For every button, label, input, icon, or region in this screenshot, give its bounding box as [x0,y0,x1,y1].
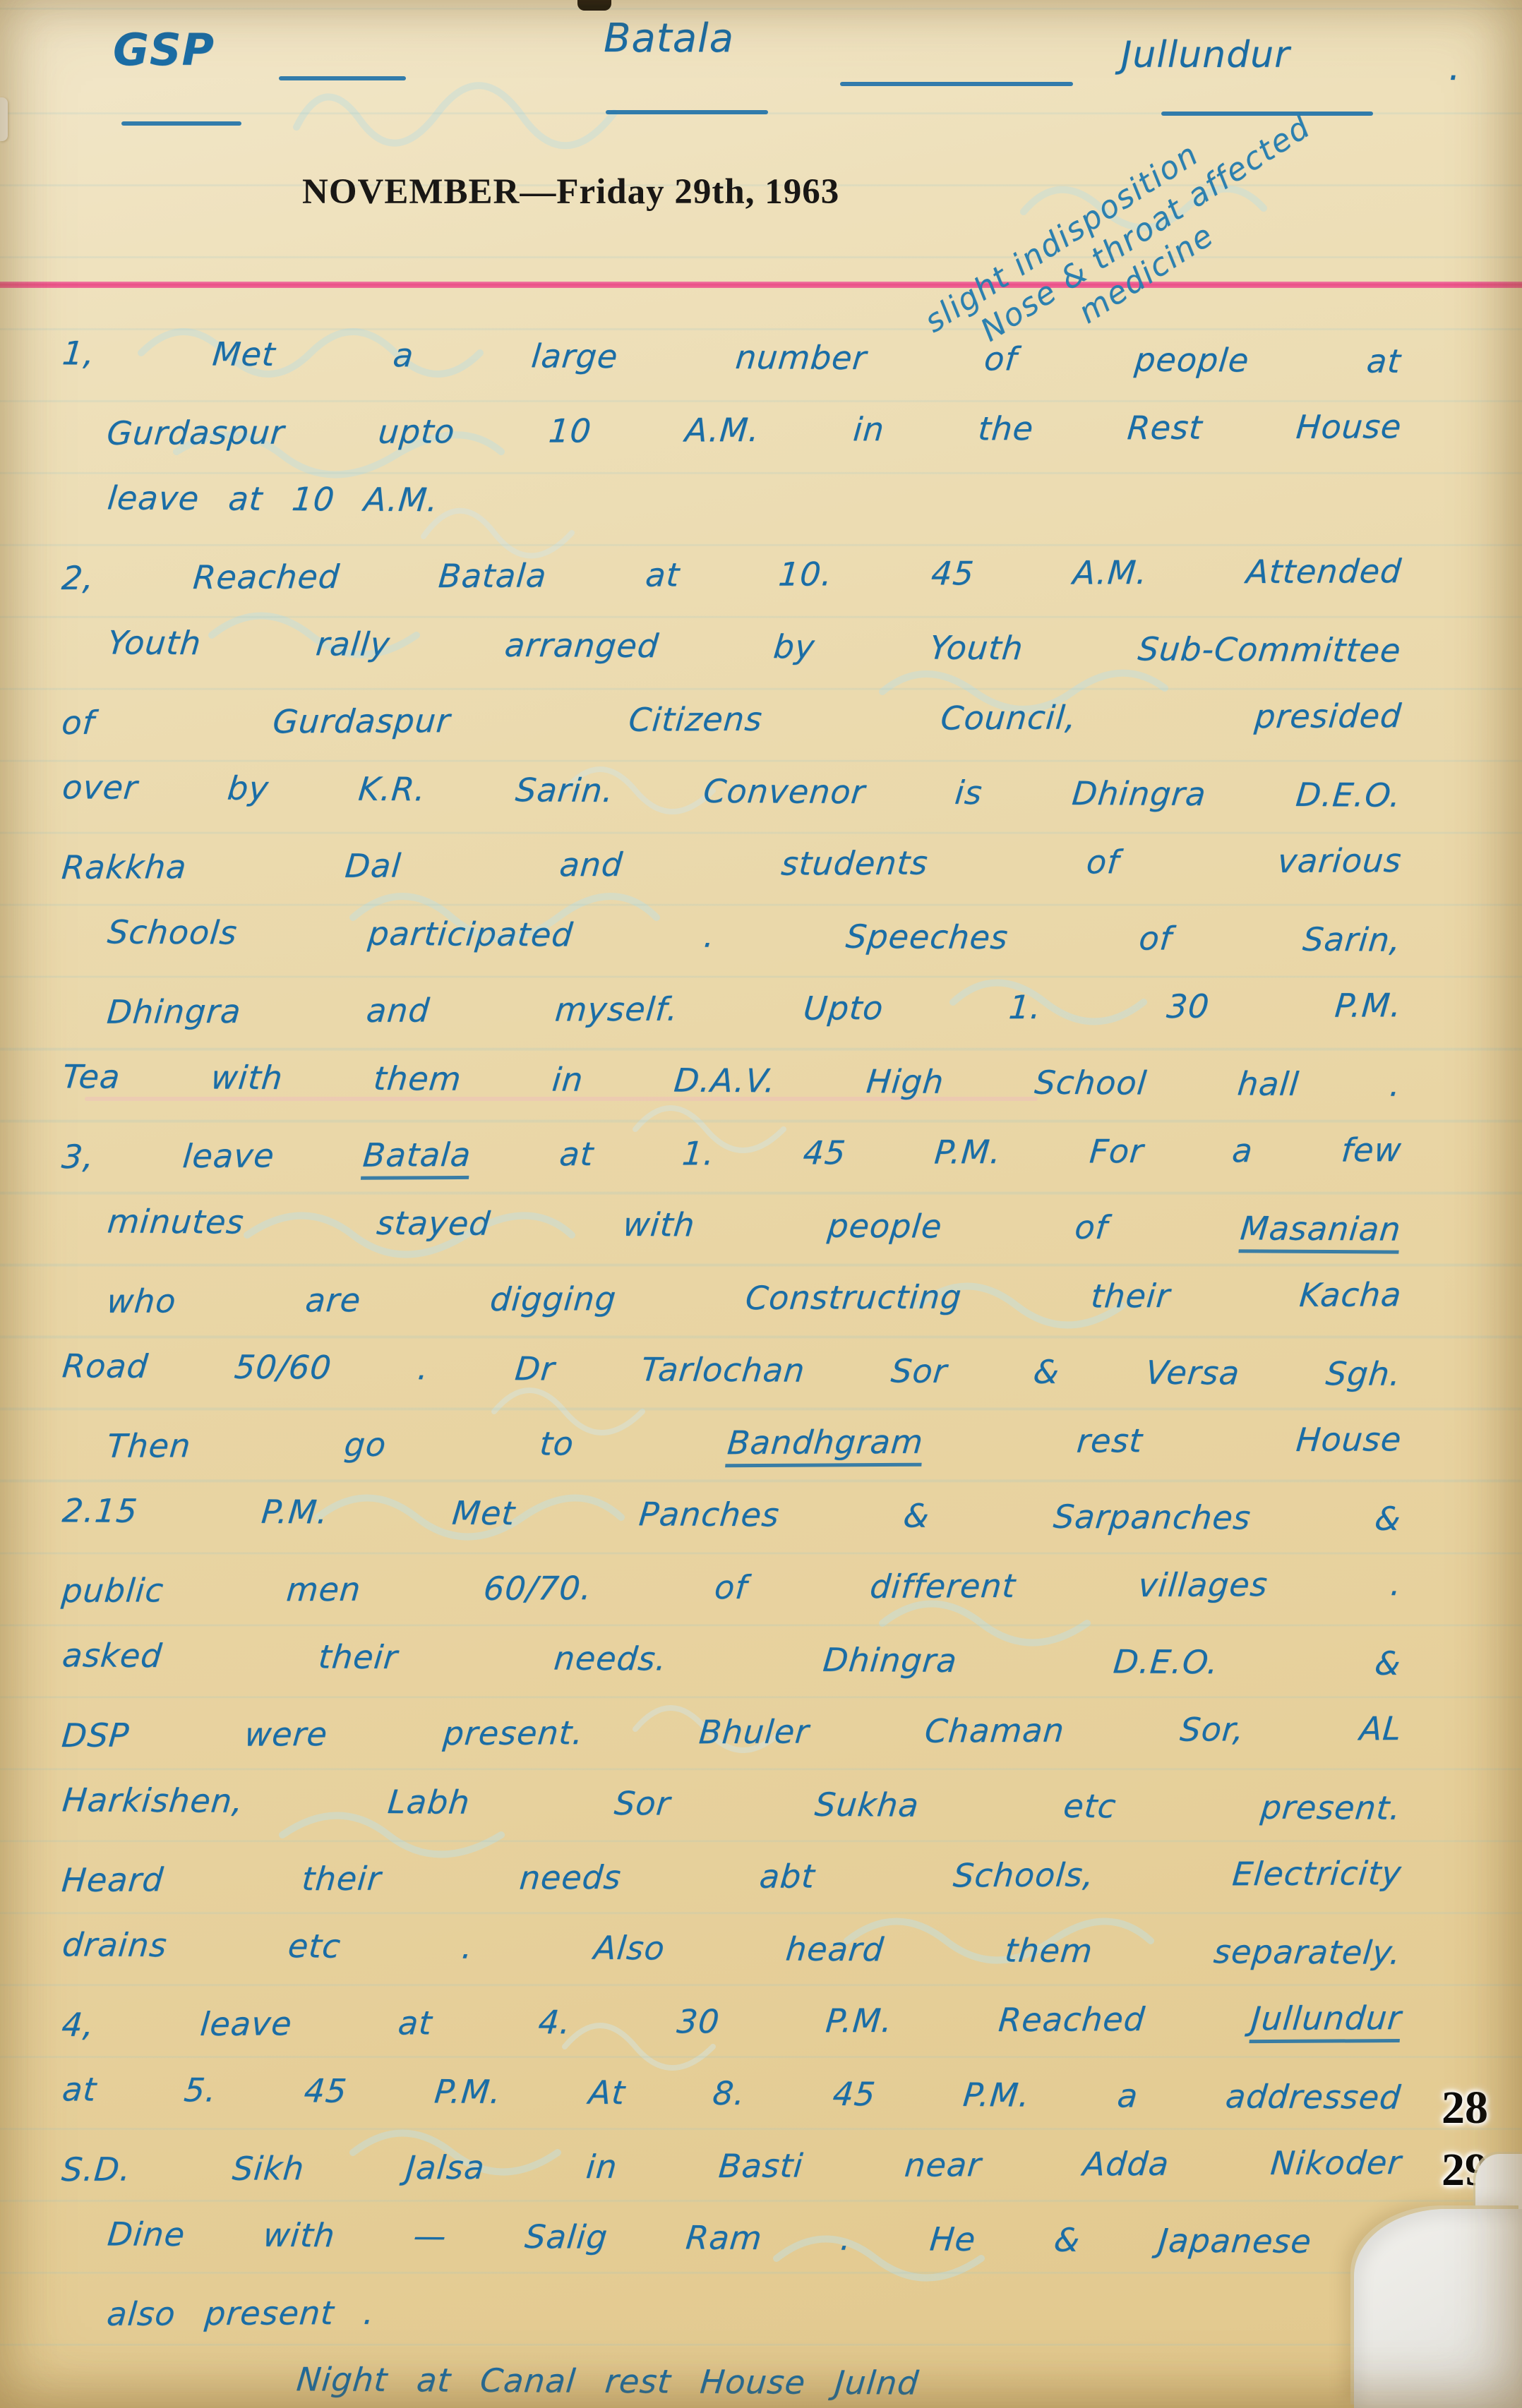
diary-text: 2, Reached Batala at 10. 45 A.M. Attende… [60,552,1403,597]
paper-speck [577,0,611,11]
diary-text: leave at 10 A.M. [106,478,440,519]
diary-line: at 5. 45 P.M. At 8. 45 P.M. a addressed [61,2069,1403,2117]
page-tab-28: 28 [1442,2083,1488,2133]
diary-text: 2.15 P.M. Met Panches & Sarpanches & [61,1491,1403,1538]
diary-line: minutes stayed with people of Masanian [106,1201,1403,1248]
diary-text: Rakkha Dal and students of various [60,841,1403,886]
diary-line: over by K.R. Sarin. Convenor is Dhingra … [61,767,1403,815]
diary-line: Heard their needs abt Schools, Electrici… [60,1853,1403,1900]
diary-line: Dine with — Salig Ram . He & Japanese . [106,2214,1403,2261]
diary-text: Tea with them in D.A.V. High School hall… [61,1057,1403,1104]
diary-line: public men 60/70. of different villages … [60,1564,1403,1611]
diary-line: asked their needs. Dhingra D.E.O. & [61,1635,1403,1683]
diary-text: Dine with — Salig Ram . He & Japanese . [106,2215,1403,2260]
diary-line: who are digging Constructing their Kacha [105,1275,1403,1321]
diary-line: 2.15 P.M. Met Panches & Sarpanches & [61,1491,1403,1539]
diary-line: Youth rally arranged by Youth Sub-Commit… [106,622,1403,670]
diary-text: S.D. Sikh Jalsa in Basti near Adda Nikod… [60,2143,1403,2189]
diary-text: 3, leave [60,1136,364,1175]
diary-page: GSP Batala Jullundur . NOVEMBER—Friday 2… [0,0,1522,2408]
header-origin-underline [121,121,241,126]
diary-text: Harkishen, Labh Sor Sukha etc present. [61,1781,1403,1827]
diary-line: Dhingra and myself. Upto 1. 30 P.M. [105,985,1403,1032]
diary-text: of Gurdaspur Citizens Council, presided [60,697,1403,742]
diary-text: Road 50/60 . Dr Tarlochan Sor & Versa Sg… [61,1347,1403,1393]
diary-text: drains etc . Also heard them separately. [61,1925,1403,1972]
torn-paper-patch [1354,2209,1522,2408]
diary-line: S.D. Sikh Jalsa in Basti near Adda Nikod… [60,2143,1403,2189]
diary-text: over by K.R. Sarin. Convenor is Dhingra … [61,768,1403,814]
diary-line: drains etc . Also heard them separately. [61,1925,1403,1973]
diary-text: rest House [922,1420,1403,1461]
diagonal-note-line: Nose & throat affected [974,49,1409,350]
underlined-word: Batala [361,1135,472,1179]
paper-edge-sliver [0,97,8,141]
diary-text: 4, leave at 4. 30 P.M. Reached [60,1999,1252,2044]
diary-text: Heard their needs abt Schools, Electrici… [60,1854,1403,1899]
header-route-destination: Jullundur [1121,34,1290,76]
diary-text: Gurdaspur upto 10 A.M. in the Rest House [105,407,1403,452]
diary-text: 1, Met a large number of people at [61,334,1403,380]
diary-line: Road 50/60 . Dr Tarlochan Sor & Versa Sg… [61,1346,1403,1394]
diary-text: Night at Canal rest House Julnd [295,2360,921,2402]
header-mid-underline [606,110,768,114]
header-route-origin: GSP [113,24,215,76]
header-dash-1 [279,76,406,80]
header-route-mid: Batala [604,16,734,61]
diary-line: Rakkha Dal and students of various [60,841,1403,887]
diary-line: also present . [105,2287,1403,2334]
diary-text: minutes stayed with people of [106,1202,1242,1247]
printed-date-heading: NOVEMBER—Friday 29th, 1963 [302,171,839,212]
diary-line: Gurdaspur upto 10 A.M. in the Rest House [105,407,1403,453]
underlined-word: Masanian [1238,1209,1403,1253]
diary-line: Night at Canal rest House Julnd [295,2359,1403,2406]
diary-line: 3, leave Batala at 1. 45 P.M. For a few [60,1130,1403,1176]
diary-line: Schools participated . Speeches of Sarin… [106,912,1403,959]
diary-line: 2, Reached Batala at 10. 45 A.M. Attende… [60,551,1403,598]
diary-line: leave at 10 A.M. [106,478,1403,525]
diary-line: 4, leave at 4. 30 P.M. Reached Jullundur [60,1998,1403,2045]
diary-text: Then go to [105,1423,729,1465]
diary-text: Schools participated . Speeches of Sarin… [106,913,1403,958]
diary-line: Harkishen, Labh Sor Sukha etc present. [61,1780,1403,1828]
diary-line: Tea with them in D.A.V. High School hall… [61,1056,1403,1104]
header-period: . [1449,47,1461,89]
diary-text: at 5. 45 P.M. At 8. 45 P.M. a addressed [61,2070,1403,2117]
diary-line: of Gurdaspur Citizens Council, presided [60,696,1403,742]
header-dash-2 [840,82,1073,86]
pink-rule [0,282,1522,288]
diary-line: Then go to Bandhgram rest House [105,1419,1403,1466]
diary-text: at 1. 45 P.M. For a few [469,1131,1403,1174]
diary-line: 1, Met a large number of people at [61,333,1403,381]
underlined-word: Bandhgram [726,1422,925,1467]
diary-text: public men 60/70. of different villages … [60,1565,1403,1610]
diary-text: asked their needs. Dhingra D.E.O. & [61,1636,1403,1682]
diary-text: Youth rally arranged by Youth Sub-Commit… [106,623,1403,669]
diary-text: also present . [105,2293,376,2332]
underlined-word: Jullundur [1250,1999,1403,2043]
diary-text: who are digging Constructing their Kacha [105,1275,1403,1320]
diary-text: DSP were present. Bhuler Chaman Sor, AL [60,1709,1403,1754]
diary-line: DSP were present. Bhuler Chaman Sor, AL [60,1709,1403,1755]
diary-text: Dhingra and myself. Upto 1. 30 P.M. [105,986,1403,1031]
